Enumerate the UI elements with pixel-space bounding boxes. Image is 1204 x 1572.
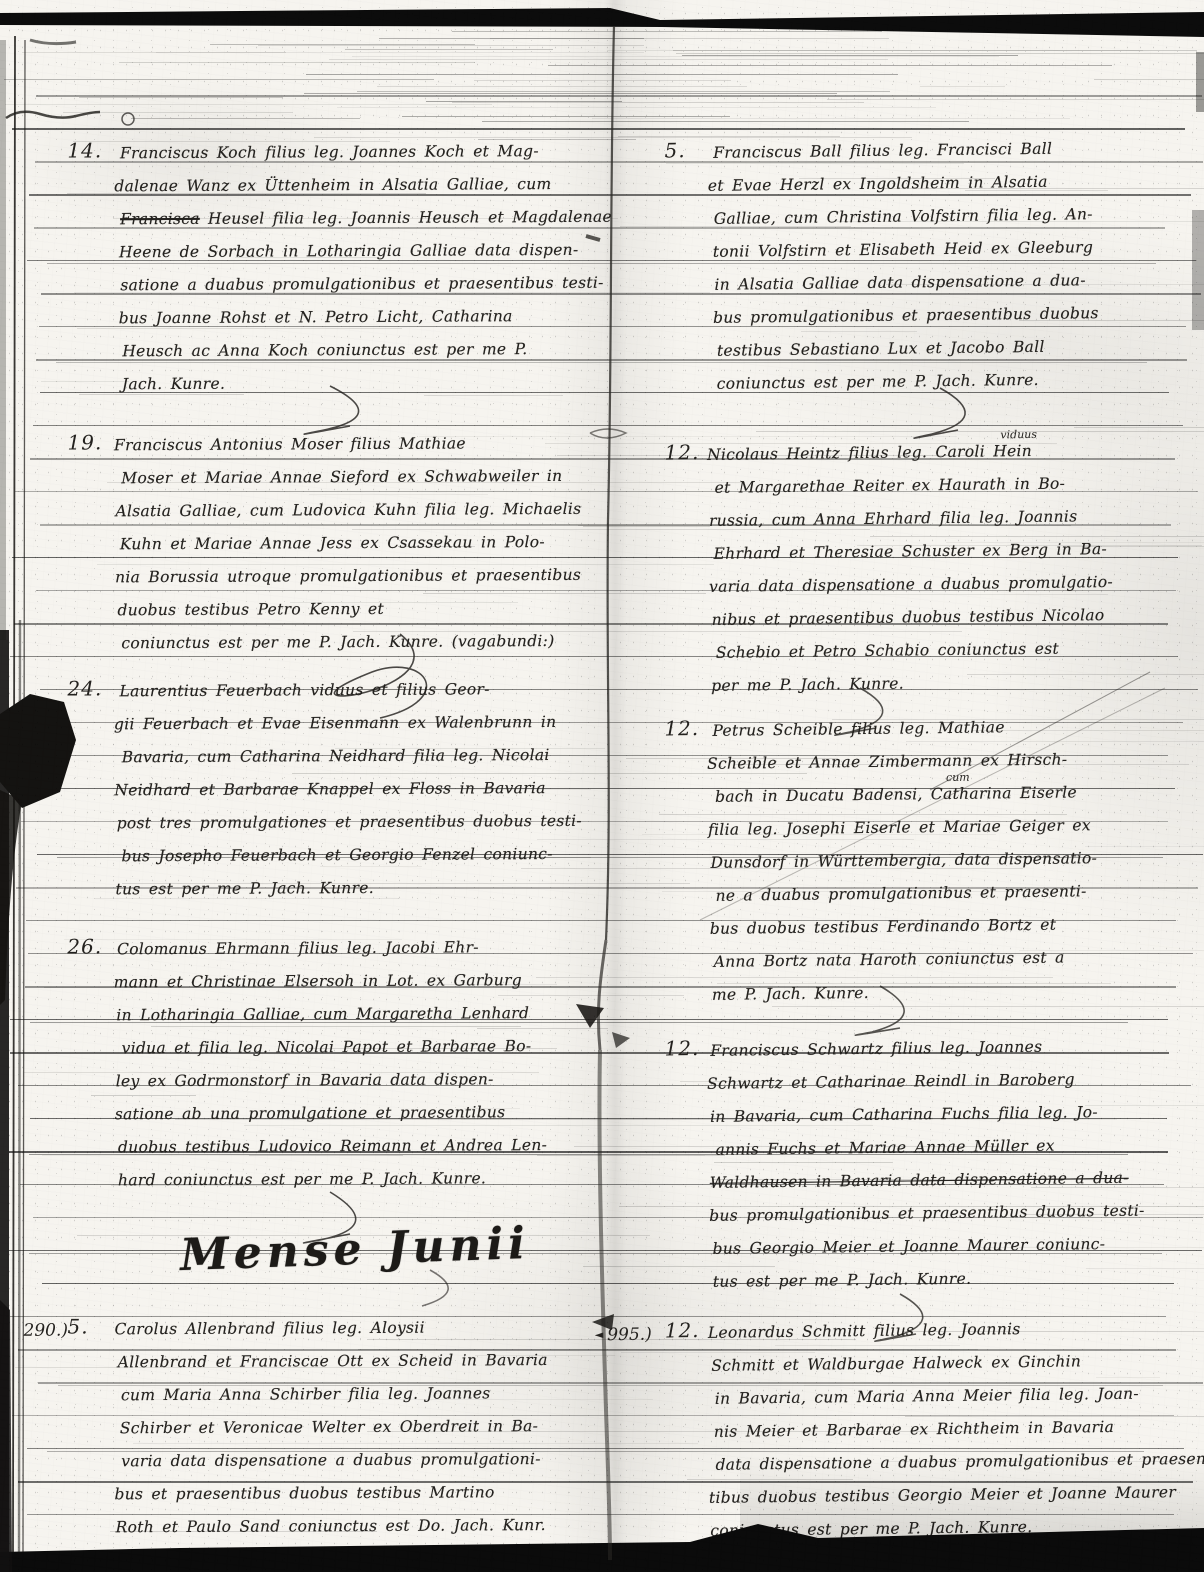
ink-blob bbox=[0, 694, 76, 1005]
register-entry: 12.Franciscus Schwartz filius leg. Joann… bbox=[710, 1029, 1183, 1299]
entry-number: 12. bbox=[665, 1315, 700, 1345]
entry-line: Neidhard et Barbarae Knappel ex Floss in… bbox=[114, 772, 596, 808]
entry-line: gii Feuerbach et Evae Eisenmann ex Walen… bbox=[114, 706, 596, 742]
entry-line: Francisca Heusel filia leg. Joannis Heus… bbox=[120, 201, 602, 237]
entry-line: varia data dispensatione a duabus promul… bbox=[121, 1443, 603, 1479]
entry-number: 26. bbox=[67, 931, 102, 961]
entry-line: vidua et filia leg. Nicolai Papot et Bar… bbox=[122, 1030, 604, 1066]
entry-line: Alsatia Galliae, cum Ludovica Kuhn filia… bbox=[115, 493, 597, 529]
entry-line: tus est per me P. Jach. Kunre. bbox=[713, 1260, 1183, 1299]
entry-line: post tres promulgationes et praesentibus… bbox=[117, 805, 599, 841]
entry-line: ley ex Godrmonstorf in Bavaria data disp… bbox=[116, 1063, 598, 1099]
register-entry: 290.)5.Carolus Allenbrand filius leg. Al… bbox=[117, 1311, 600, 1545]
entry-line: cum Maria Anna Schirber filia leg. Joann… bbox=[121, 1377, 603, 1413]
month-section-header: Mense Junii bbox=[119, 1210, 591, 1290]
entry-line: Schirber et Veronicae Welter ex Oberdrei… bbox=[120, 1410, 602, 1446]
entry-number: 12. bbox=[664, 713, 699, 743]
entry-line: mann et Christinae Elsersoh in Lot. ex G… bbox=[114, 964, 596, 1000]
entry-line: Franciscus Koch filius leg. Joannes Koch… bbox=[120, 135, 602, 171]
struck-word: Francisca bbox=[120, 210, 200, 228]
entry-line: coniunctus est per me P. Jach. Kunre. (v… bbox=[121, 625, 603, 661]
entry-line: satione ab una promulgatione et praesent… bbox=[115, 1096, 597, 1132]
register-entry: 12.cumPetrus Scheible filius leg. Mathia… bbox=[710, 709, 1184, 1012]
entry-number: 19. bbox=[67, 427, 102, 457]
entry-number: 24. bbox=[67, 673, 102, 703]
entry-number: 5. bbox=[664, 135, 685, 165]
entry-line: Franciscus Antonius Moser filius Mathiae bbox=[114, 427, 596, 463]
entry-number: 14. bbox=[67, 135, 102, 165]
entry-line: dalenae Wanz ex Üttenheim in Alsatia Gal… bbox=[114, 168, 596, 204]
margin-number: 290.) bbox=[23, 1316, 68, 1346]
entry-line: coniunctus est per me P. Jach. Kunre. bbox=[710, 1509, 1180, 1548]
margin-number: ◄995.) bbox=[595, 1320, 652, 1351]
entry-line: Kuhn et Mariae Annae Jess ex Csassekau i… bbox=[120, 526, 602, 562]
entry-line: duobus testibus Ludovico Reimann et Andr… bbox=[118, 1129, 600, 1165]
register-entry: 26.Colomanus Ehrmann filius leg. Jacobi … bbox=[117, 931, 600, 1198]
arrowhead-mark-icon: ◄ bbox=[595, 1328, 604, 1341]
entry-number: 12. bbox=[664, 437, 699, 467]
register-entry: 19.Franciscus Antonius Moser filius Math… bbox=[117, 427, 600, 661]
register-entry: 12.viduusNicolaus Heintz filius leg. Car… bbox=[710, 433, 1183, 703]
register-entry: 5.Franciscus Ball filius leg. Francisci … bbox=[710, 131, 1183, 401]
scanned-register-page: 14.Franciscus Koch filius leg. Joannes K… bbox=[0, 0, 1204, 1572]
entry-line: bus et praesentibus duobus testibus Mart… bbox=[114, 1476, 596, 1512]
entry-line: duobus testibus Petro Kenny et bbox=[117, 592, 599, 628]
entry-line: Jach. Kunre. bbox=[122, 366, 604, 402]
entry-line: Heusch ac Anna Koch coniunctus est per m… bbox=[122, 333, 604, 369]
entry-line: Moser et Mariae Annae Sieford ex Schwabw… bbox=[121, 460, 603, 496]
register-entry: ◄995.)12.Leonardus Schmitt filius leg. J… bbox=[711, 1311, 1184, 1548]
entry-line: Carolus Allenbrand filius leg. Aloysii bbox=[114, 1311, 596, 1347]
entry-line: nia Borussia utroque promulgationibus et… bbox=[115, 559, 597, 595]
entry-line: me P. Jach. Kunre. bbox=[712, 973, 1182, 1012]
entry-line: Heene de Sorbach in Lotharingia Galliae … bbox=[119, 234, 601, 270]
scan-top-band bbox=[0, 8, 1204, 37]
entry-line: hard coniunctus est per me P. Jach. Kunr… bbox=[118, 1162, 600, 1198]
entry-line: Colomanus Ehrmann filius leg. Jacobi Ehr… bbox=[117, 931, 599, 967]
entry-line: coniunctus est per me P. Jach. Kunre. bbox=[717, 362, 1187, 401]
entry-line: in Lotharingia Galliae, cum Margaretha L… bbox=[116, 997, 598, 1033]
scribble-marks bbox=[6, 40, 134, 125]
entry-line: per me P. Jach. Kunre. bbox=[711, 664, 1181, 703]
entry-line: Bavaria, cum Catharina Neidhard filia le… bbox=[122, 739, 604, 775]
register-entry: 14.Franciscus Koch filius leg. Joannes K… bbox=[117, 135, 600, 402]
entry-line: Allenbrand et Franciscae Ott ex Scheid i… bbox=[118, 1344, 600, 1380]
entry-line: Roth et Paulo Sand coniunctus est Do. Ja… bbox=[116, 1509, 598, 1545]
register-entry: 24.Laurentius Feuerbach viduus et filius… bbox=[117, 673, 600, 907]
entry-line: bus Josepho Feuerbach et Georgio Fenzel … bbox=[121, 838, 603, 874]
entry-number: 5. bbox=[67, 1311, 88, 1341]
entry-line: satione a duabus promulgationibus et pra… bbox=[120, 267, 602, 303]
entry-line: bus Joanne Rohst et N. Petro Licht, Cath… bbox=[119, 300, 601, 336]
entry-number: 12. bbox=[664, 1033, 699, 1063]
entry-line: tus est per me P. Jach. Kunre. bbox=[115, 871, 597, 907]
entry-line: Laurentius Feuerbach viduus et filius Ge… bbox=[119, 673, 601, 709]
